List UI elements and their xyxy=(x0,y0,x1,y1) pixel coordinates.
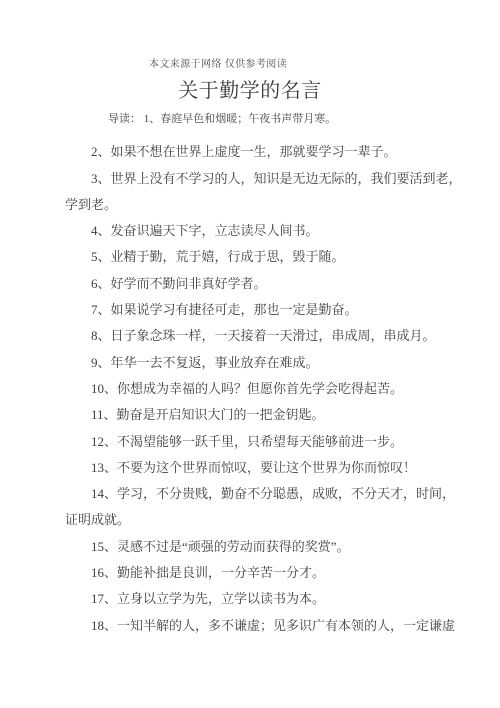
lead-line: 导读： 1、春庭早色和烟暖；午夜书声带月寒。 xyxy=(65,106,457,132)
text-line: 13、不要为这个世界而惊叹，要让这个世界为你而惊叹！ xyxy=(65,455,457,481)
text-line: 8、日子象念珠一样，一天接着一天滑过，串成周，串成月。 xyxy=(65,323,457,349)
text-line: 证明成就。 xyxy=(65,507,457,533)
text-line: 18、一知半解的人，多不谦虚；见多识广有本领的人，一定谦虚 xyxy=(65,613,457,639)
document-page: 本文来源于网络 仅供参考阅读 关于勤学的名言 导读： 1、春庭早色和烟暖；午夜书… xyxy=(0,0,500,708)
text-line: 2、如果不想在世界上虚度一生，那就要学习一辈子。 xyxy=(65,139,457,165)
text-line: 14、学习，不分贵贱，勤奋不分聪愚，成败，不分天才，时间， xyxy=(65,481,457,507)
body-lines: 2、如果不想在世界上虚度一生，那就要学习一辈子。3、世界上没有不学习的人，知识是… xyxy=(65,139,457,639)
text-line: 学到老。 xyxy=(65,192,457,218)
page-title: 关于勤学的名言 xyxy=(0,74,500,103)
text-line: 9、年华一去不复返，事业放弃在难成。 xyxy=(65,350,457,376)
text-line: 11、勤奋是开启知识大门的一把金钥匙。 xyxy=(65,402,457,428)
document-body: 导读： 1、春庭早色和烟暖；午夜书声带月寒。 2、如果不想在世界上虚度一生，那就… xyxy=(65,106,457,639)
text-line: 5、业精于勤，荒于嬉，行成于思，毁于随。 xyxy=(65,244,457,270)
text-line: 3、世界上没有不学习的人，知识是无边无际的，我们要活到老， xyxy=(65,166,457,192)
source-note: 本文来源于网络 仅供参考阅读 xyxy=(149,55,287,70)
text-line: 7、如果说学习有捷径可走，那也一定是勤奋。 xyxy=(65,297,457,323)
text-line: 6、好学而不勤问非真好学者。 xyxy=(65,271,457,297)
text-line: 10、你想成为幸福的人吗？但愿你首先学会吃得起苦。 xyxy=(65,376,457,402)
text-line: 17、立身以立学为先，立学以读书为本。 xyxy=(65,586,457,612)
text-line: 12、不渴望能够一跃千里，只希望每天能够前进一步。 xyxy=(65,429,457,455)
text-line: 16、勤能补拙是良训，一分辛苦一分才。 xyxy=(65,560,457,586)
text-line: 4、发奋识遍天下字，立志读尽人间书。 xyxy=(65,218,457,244)
text-line: 15、灵感不过是“顽强的劳动而获得的奖赏”。 xyxy=(65,534,457,560)
